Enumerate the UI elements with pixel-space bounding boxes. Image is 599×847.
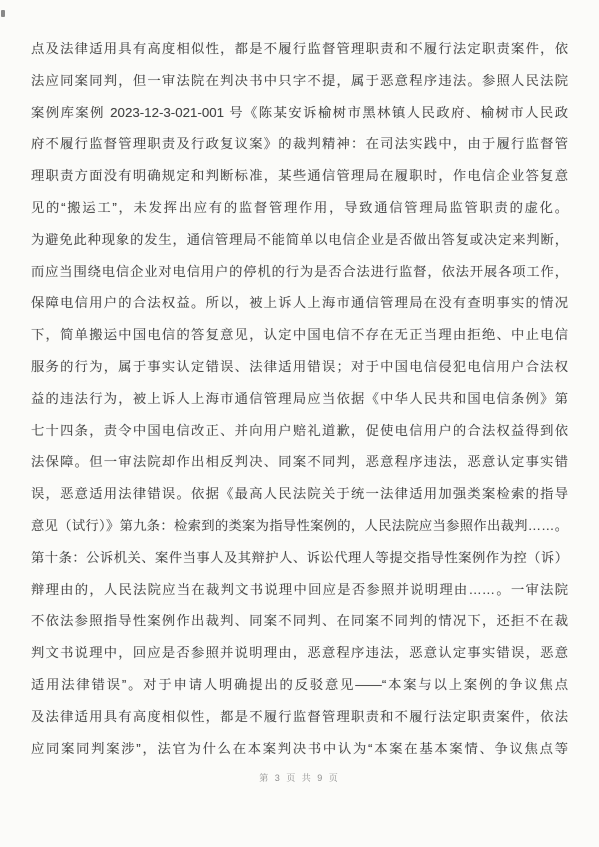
page-number-footer: 第 3 页 共 9 页 <box>0 771 599 784</box>
body-text-line: 法应同案同判，但一审法院在判决书中只字不提，属于恶意程序违法。参照人民法院 <box>31 65 568 97</box>
body-text-line: 法保障。但一审法院却作出相反判决、同案不同判，恶意程序违法，恶意认定事实错 <box>31 446 568 478</box>
body-text-line: 不依法参照指导性案例作出裁判、同案不同判、在同案不同判的情况下，还拒不在裁 <box>31 605 568 637</box>
document-page: 点及法律适用具有高度相似性，都是不履行监督管理职责和不履行法定职责案件，依 法应… <box>0 0 599 847</box>
body-text-line: 及法律适用具有高度相似性，都是不履行监督管理职责和不履行法定职责案件，依法 <box>31 701 568 733</box>
body-text-line: 见的“搬运工”，未发挥出应有的监督管理作用，导致通信管理局监管职责的虚化。 <box>31 192 568 224</box>
body-text-line: 下，简单搬运中国电信的答复意见，认定中国电信不存在无正当理由拒绝、中止电信 <box>31 319 568 351</box>
body-text-line: 理职责方面没有明确规定和判断标准，某些通信管理局在履职时，作电信企业答复意 <box>31 160 568 192</box>
body-text-line: 为避免此种现象的发生，通信管理局不能简单以电信企业是否做出答复或决定来判断， <box>31 224 568 256</box>
body-text-line: 七十四条，责令中国电信改正、并向用户赔礼道歉，促使电信用户的合法权益得到依 <box>31 415 568 447</box>
body-text-line: 应同案同判案涉”，法官为什么在本案判决书中认为“本案在基本案情、争议焦点等 <box>31 733 568 765</box>
body-text-line: 而应当围绕电信企业对电信用户的停机的行为是否合法进行监督，依法开展各项工作， <box>31 256 568 288</box>
body-text-line: 益的违法行为，被上诉人上海市通信管理局应当依据《中华人民共和国电信条例》第 <box>31 383 568 415</box>
body-text-line: 保障电信用户的合法权益。所以，被上诉人上海市通信管理局在没有查明事实的情况 <box>31 287 568 319</box>
body-text-line: 判文书说理中，回应是否参照并说明理由，恶意程序违法，恶意认定事实错误，恶意 <box>31 637 568 669</box>
body-text-line: 辩理由的，人民法院应当在裁判文书说理中回应是否参照并说明理由……。一审法院 <box>31 574 568 606</box>
body-text-line: 案例库案例 2023-12-3-021-001 号《陈某安诉榆树市黑林镇人民政府… <box>31 97 568 129</box>
body-text-line: 府不履行监督管理职责及行政复议案》的裁判精神：在司法实践中，由于履行监督管 <box>31 128 568 160</box>
scan-artifact <box>1 10 5 17</box>
body-text-line: 点及法律适用具有高度相似性，都是不履行监督管理职责和不履行法定职责案件，依 <box>31 33 568 65</box>
body-text-line: 服务的行为，属于事实认定错误、法律适用错误；对于中国电信侵犯电信用户合法权 <box>31 351 568 383</box>
body-text-line: 第十条：公诉机关、案件当事人及其辩护人、诉讼代理人等提交指导性案例作为控（诉） <box>31 542 568 574</box>
body-text-line: 适用法律错误”。对于申请人明确提出的反驳意见——“本案与以上案例的争议焦点 <box>31 669 568 701</box>
body-text-line: 意见（试行）》第九条：检索到的类案为指导性案例的，人民法院应当参照作出裁判……。 <box>31 510 568 542</box>
body-text-line: 误，恶意适用法律错误。依据《最高人民法院关于统一法律适用加强类案检索的指导 <box>31 478 568 510</box>
document-body: 点及法律适用具有高度相似性，都是不履行监督管理职责和不履行法定职责案件，依 法应… <box>31 33 568 764</box>
